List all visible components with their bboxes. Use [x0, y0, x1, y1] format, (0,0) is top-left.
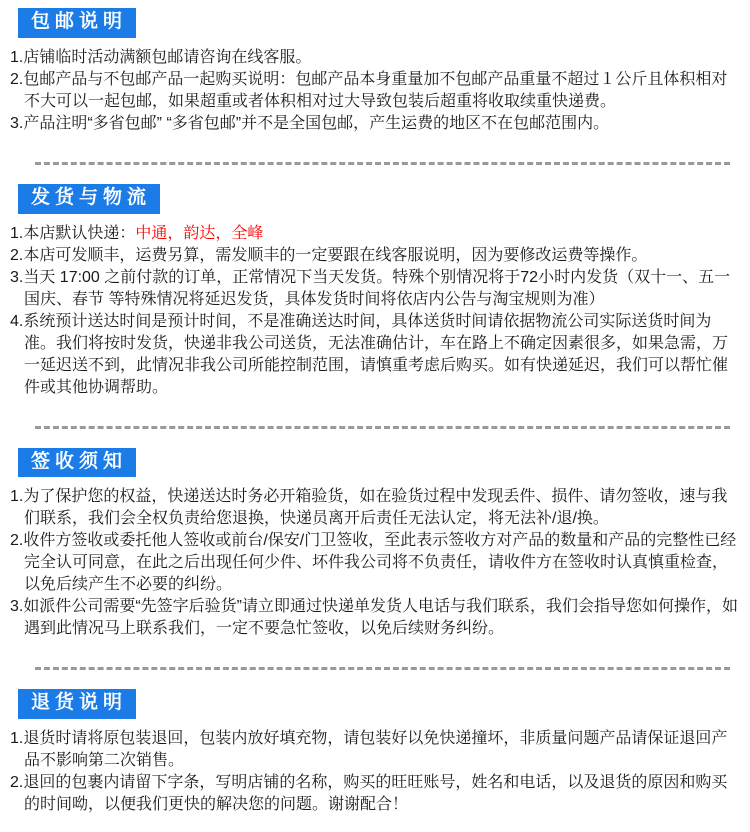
list-item: 2.收件方签收或委托他人签收或前台/保安/门卫签收，至此表示签收方对产品的数量和…	[10, 530, 738, 596]
section-title-badge: 包邮说明	[18, 8, 136, 38]
section-divider	[35, 426, 730, 429]
item-text: 1.本店默认快递：	[10, 225, 135, 242]
section-return-policy: 退货说明 1.退货时请将原包装退回，包装内放好填充物，请包装好以免快递撞坏，非质…	[10, 689, 742, 816]
shipping-info-page: 包邮说明 1.店铺临时活动满额包邮请咨询在线客服。 2.包邮产品与不包邮产品一起…	[0, 0, 750, 832]
section-shipping-logistics: 发货与物流 1.本店默认快递：中通，韵达，全峰 2.本店可发顺丰，运费另算，需发…	[10, 184, 742, 399]
section-title-badge: 签收须知	[18, 448, 136, 478]
list-item: 2.退回的包裹内请留下字条，写明店铺的名称，购买的旺旺账号，姓名和电话，以及退货…	[10, 772, 738, 816]
list-item: 2.本店可发顺丰，运费另算，需发顺丰的一定要跟在线客服说明，因为要修改运费等操作…	[10, 245, 738, 267]
section-title-badge: 发货与物流	[18, 184, 160, 214]
list-item: 2.包邮产品与不包邮产品一起购买说明：包邮产品本身重量加不包邮产品重量不超过１公…	[10, 69, 738, 113]
section-body: 1.为了保护您的权益，快递送达时务必开箱验货，如在验货过程中发现丢件、损件、请勿…	[10, 486, 742, 640]
section-divider	[35, 667, 730, 670]
courier-names-highlight: 中通，韵达，全峰	[135, 225, 263, 242]
list-item: 1.退货时请将原包装退回，包装内放好填充物，请包装好以免快递撞坏，非质量问题产品…	[10, 728, 738, 772]
section-receipt-notice: 签收须知 1.为了保护您的权益，快递送达时务必开箱验货，如在验货过程中发现丢件、…	[10, 448, 742, 641]
list-item: 1.本店默认快递：中通，韵达，全峰	[10, 223, 738, 245]
list-item: 3.当天 17:00 之前付款的订单，正常情况下当天发货。特殊个别情况将于72小…	[10, 267, 738, 311]
section-free-shipping: 包邮说明 1.店铺临时活动满额包邮请咨询在线客服。 2.包邮产品与不包邮产品一起…	[10, 8, 742, 135]
section-body: 1.店铺临时活动满额包邮请咨询在线客服。 2.包邮产品与不包邮产品一起购买说明：…	[10, 47, 742, 135]
list-item: 3.产品注明“多省包邮” “多省包邮”并不是全国包邮，产生运费的地区不在包邮范围…	[10, 113, 738, 135]
section-body: 1.本店默认快递：中通，韵达，全峰 2.本店可发顺丰，运费另算，需发顺丰的一定要…	[10, 223, 742, 399]
section-divider	[35, 162, 730, 165]
section-body: 1.退货时请将原包装退回，包装内放好填充物，请包装好以免快递撞坏，非质量问题产品…	[10, 728, 742, 816]
list-item: 1.店铺临时活动满额包邮请咨询在线客服。	[10, 47, 738, 69]
list-item: 1.为了保护您的权益，快递送达时务必开箱验货，如在验货过程中发现丢件、损件、请勿…	[10, 486, 738, 530]
list-item: 4.系统预计送达时间是预计时间，不是准确送达时间，具体送货时间请依据物流公司实际…	[10, 311, 738, 399]
list-item: 3.如派件公司需要“先签字后验货”请立即通过快递单发货人电话与我们联系，我们会指…	[10, 596, 738, 640]
section-title-badge: 退货说明	[18, 689, 136, 719]
